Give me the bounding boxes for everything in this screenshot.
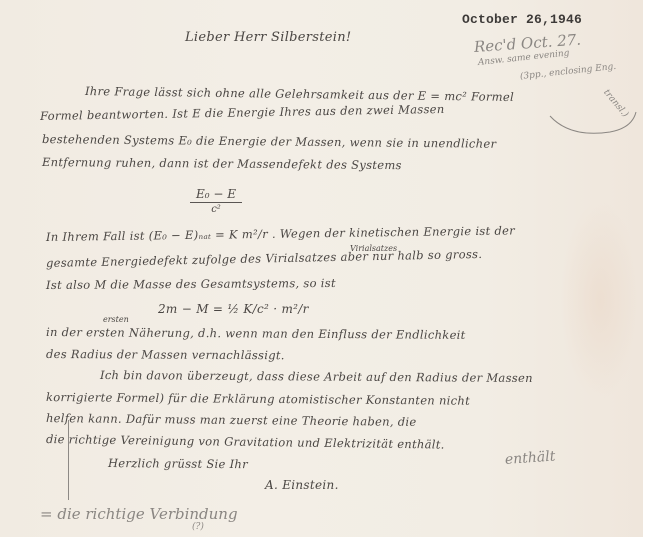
paragraph4-line4: die richtige Vereinigung von Gravitation… <box>46 432 445 452</box>
binding-mass-formula: 2m − M = ½ K/c² · m²/r <box>158 302 309 316</box>
paragraph2-line1: In Ihrem Fall ist (E₀ − E)ₙₐₜ = K m²/r .… <box>46 223 515 244</box>
fraction-bar <box>190 202 242 203</box>
pencil-bracket-curve <box>540 110 640 145</box>
paragraph4-line1: Ich bin davon überzeugt, dass diese Arbe… <box>100 368 533 385</box>
paragraph4-line2: korrigierte Formel) für die Erklärung at… <box>46 390 470 408</box>
insert-word-ersten: ersten <box>103 315 129 324</box>
formula-numerator: E₀ − E <box>190 187 242 201</box>
mass-defect-formula: E₀ − E c² <box>190 187 242 215</box>
paragraph3-line1: in der ersten Näherung, d.h. wenn man de… <box>46 325 466 342</box>
paragraph4-line3: helfen kann. Dafür muss man zuerst eine … <box>46 411 417 429</box>
paragraph2-line3: Ist also M die Masse des Gesamtsystems, … <box>46 276 336 292</box>
bottom-pencil-note: = die richtige Verbindung <box>40 505 238 523</box>
closing: Herzlich grüsst Sie Ihr <box>108 456 248 471</box>
margin-pencil-line <box>68 420 69 500</box>
salutation: Lieber Herr Silberstein! <box>185 30 351 45</box>
letter-page: October 26,1946 Rec'd Oct. 27. Answ. sam… <box>0 0 643 537</box>
paragraph1-line1: Ihre Frage lässt sich ohne alle Gelehrsa… <box>85 84 514 104</box>
signature: A. Einstein. <box>265 478 339 492</box>
answer-note-line2: (3pp., enclosing Eng. <box>519 62 616 82</box>
paragraph1-line2: Formel beantworten. Ist E die Energie Ih… <box>40 102 445 123</box>
paragraph1-line4: Entfernung ruhen, dann ist der Massendef… <box>42 155 402 172</box>
paragraph1-line3: bestehenden Systems E₀ die Energie der M… <box>42 132 496 151</box>
bottom-pencil-mark: (?) <box>192 522 204 532</box>
paragraph3-line2: des Radius der Massen vernachlässigt. <box>46 347 285 362</box>
letter-date: October 26,1946 <box>462 12 582 27</box>
formula-denominator: c² <box>190 204 242 215</box>
paragraph2-line2: gesamte Energiedefekt zufolge des Virial… <box>46 247 483 270</box>
enthaelt-note: enthält <box>504 449 555 468</box>
